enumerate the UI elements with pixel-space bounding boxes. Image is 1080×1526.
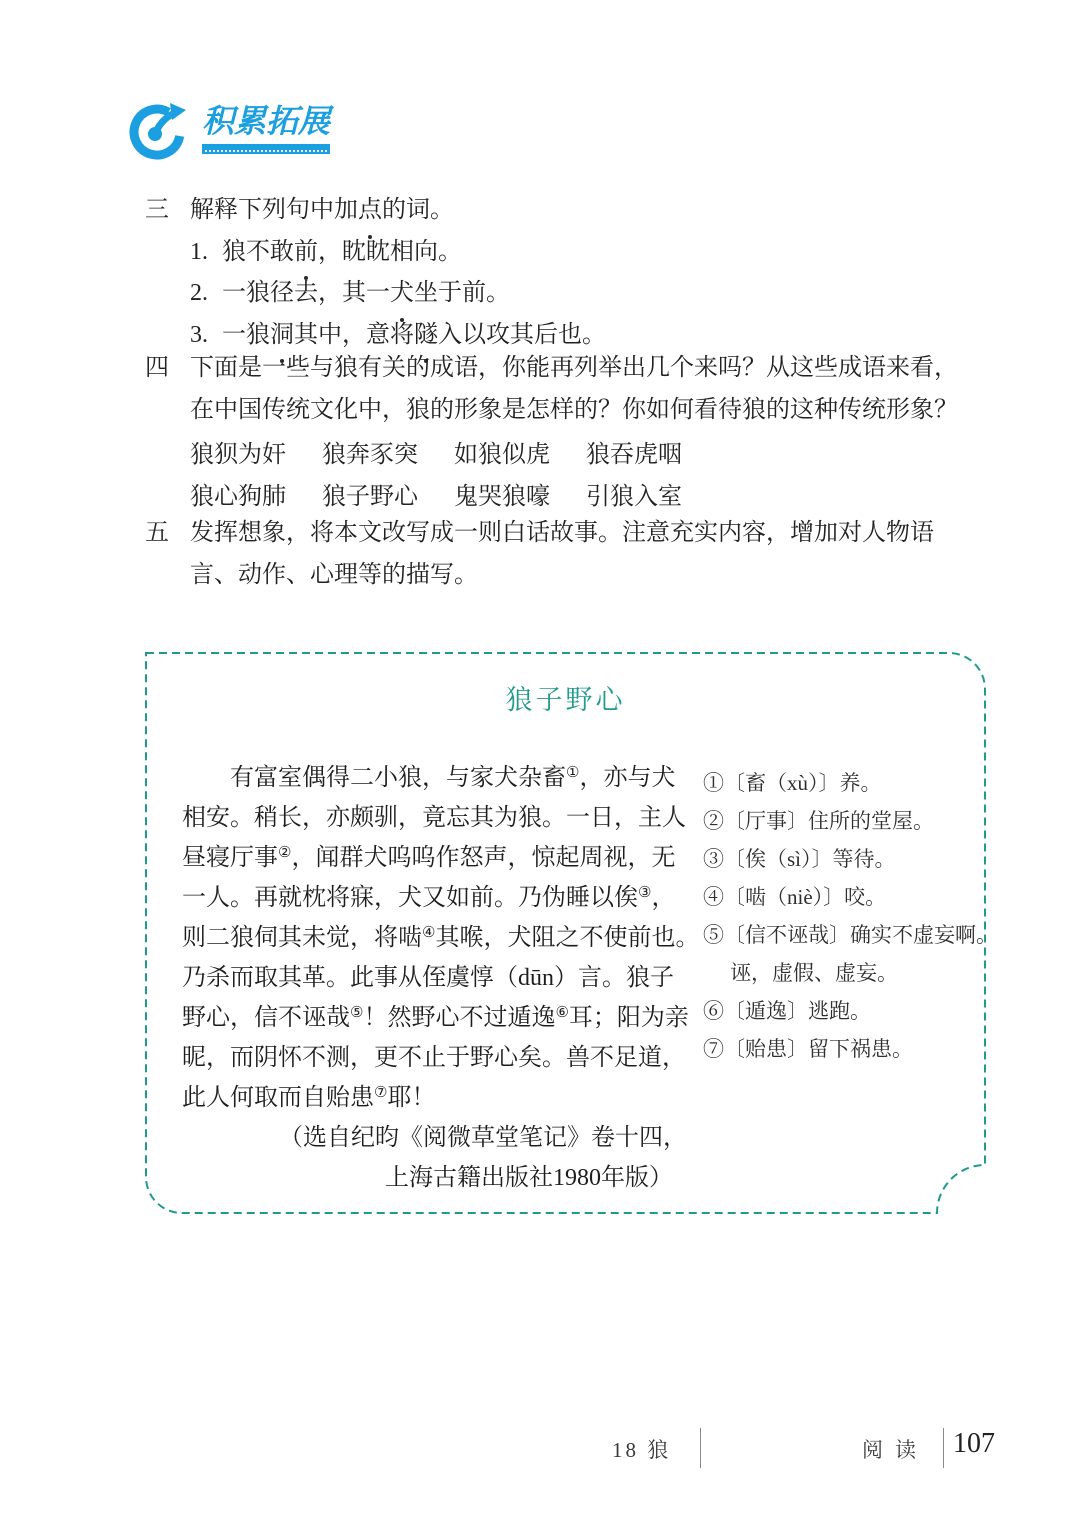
textbook-page: 积累拓展 三 解释下列句中加点的词。 1.狼不敢前，眈眈相向。 2.一狼径去，其… <box>0 0 1080 1526</box>
exercise-five-heading-line1: 发挥想象，将本文改写成一则白话故事。注意充实内容，增加对人物语 <box>190 513 975 555</box>
passage-line: 野心，信不诬哉⑤！然野心不过遁逸⑥耳；阳为亲 <box>182 998 687 1038</box>
exercise-three: 三 解释下列句中加点的词。 1.狼不敢前，眈眈相向。 2.一狼径去，其一犬坐于前… <box>145 190 975 356</box>
annotation-line: ⑤〔信不诬哉〕确实不虚妄啊。 <box>703 916 988 954</box>
passage-line: 昼寝厅事②，闻群犬呜呜作怒声，惊起周视，无 <box>182 838 687 878</box>
idiom-grid: 狼狈为奸 狼奔豕突 如狼似虎 狼吞虎咽 狼心狗肺 狼子野心 鬼哭狼嚎 引狼入室 <box>190 435 975 518</box>
wolf-passage-box: 狼子野心 有富室偶得二小狼，与家犬杂畜①，亦与犬相安。稍长，亦颇驯，竟忘其为狼。… <box>145 652 986 1214</box>
idiom-item: 狼心狗肺 <box>190 477 322 519</box>
idiom-item: 鬼哭狼嚎 <box>454 477 586 519</box>
idiom-item: 狼子野心 <box>322 477 454 519</box>
footer-section-label: 阅读 <box>862 1434 928 1464</box>
attribution-line: （选自纪昀《阅微草堂笔记》卷十四， <box>182 1118 687 1158</box>
annotation-line: ⑥〔遁逸〕逃跑。 <box>703 992 988 1030</box>
passage-line: 则二狼伺其未觉，将啮④其喉，犬阻之不使前也。 <box>182 918 687 958</box>
annotation-line: ⑦〔贻患〕留下祸患。 <box>703 1030 988 1068</box>
footer-divider <box>943 1428 944 1468</box>
passage-attribution: （选自纪昀《阅微草堂笔记》卷十四， 上海古籍出版社1980年版） <box>182 1118 687 1198</box>
exercise-four: 四 下面是一些与狼有关的成语，你能再列举出几个来吗？从这些成语来看， 在中国传统… <box>145 348 975 518</box>
footer-divider <box>700 1428 701 1468</box>
exercise-three-label: 三 <box>145 190 190 356</box>
annotation-line: ①〔畜（xù）〕养。 <box>703 764 988 802</box>
passage-line: 昵，而阴怀不测，更不止于野心矣。兽不足道， <box>182 1038 687 1078</box>
passage-line: 一人。再就枕将寐，犬又如前。乃伪睡以俟③， <box>182 878 687 918</box>
exercise-four-heading-line2: 在中国传统文化中，狼的形象是怎样的？你如何看待狼的这种传统形象？ <box>190 390 975 432</box>
item-number: 1. <box>190 232 222 274</box>
annotation-line: 诬，虚假、虚妄。 <box>703 954 988 992</box>
footer-lesson-label: 18 狼 <box>612 1434 671 1464</box>
section-header: 积累拓展 <box>128 100 330 162</box>
item-number: 2. <box>190 273 222 315</box>
item-text: 狼不敢前，眈眈相向。 <box>222 239 462 265</box>
passage-title: 狼子野心 <box>145 678 986 717</box>
idiom-item: 引狼入室 <box>586 477 975 519</box>
idiom-item: 狼吞虎咽 <box>586 435 975 477</box>
passage-line: 相安。稍长，亦颇驯，竟忘其为狼。一日，主人 <box>182 798 687 838</box>
passage-annotations: ①〔畜（xù）〕养。 ②〔厅事〕住所的堂屋。 ③〔俟（sì）〕等待。 ④〔啮（n… <box>703 764 988 1068</box>
exercise-three-item-2: 2.一狼径去，其一犬坐于前。 <box>190 273 975 315</box>
exercise-five-heading-line2: 言、动作、心理等的描写。 <box>190 555 975 597</box>
section-title: 积累拓展 <box>202 100 330 142</box>
title-underline-bar <box>202 144 330 154</box>
exercise-five: 五 发挥想象，将本文改写成一则白话故事。注意充实内容，增加对人物语 言、动作、心… <box>145 513 975 596</box>
annotation-line: ②〔厅事〕住所的堂屋。 <box>703 802 988 840</box>
passage-text: 有富室偶得二小狼，与家犬杂畜①，亦与犬相安。稍长，亦颇驯，竟忘其为狼。一日，主人… <box>182 758 687 1118</box>
passage-line: 乃杀而取其革。此事从侄虞惇（dūn）言。狼子 <box>182 958 687 998</box>
item-text: 一狼径去，其一犬坐于前。 <box>222 280 510 306</box>
exercise-three-item-1: 1.狼不敢前，眈眈相向。 <box>190 232 975 274</box>
exercise-four-heading-line1: 下面是一些与狼有关的成语，你能再列举出几个来吗？从这些成语来看， <box>190 348 975 390</box>
idiom-item: 狼狈为奸 <box>190 435 322 477</box>
item-text: 一狼洞其中，意将隧入以攻其后也。 <box>222 322 606 348</box>
exercise-five-label: 五 <box>145 513 190 596</box>
exercise-three-heading: 解释下列句中加点的词。 <box>190 190 975 232</box>
exercise-four-label: 四 <box>145 348 190 518</box>
annotation-line: ③〔俟（sì）〕等待。 <box>703 840 988 878</box>
idiom-item: 狼奔豕突 <box>322 435 454 477</box>
passage-line: 此人何取而自贻患⑦耶！ <box>182 1078 687 1118</box>
passage-line: 有富室偶得二小狼，与家犬杂畜①，亦与犬 <box>182 758 687 798</box>
idiom-item: 如狼似虎 <box>454 435 586 477</box>
accumulate-expand-icon <box>128 100 188 162</box>
footer-page-number: 107 <box>953 1428 995 1460</box>
annotation-line: ④〔啮（niè）〕咬。 <box>703 878 988 916</box>
page-footer: 18 狼 阅读 107 <box>0 1428 1080 1478</box>
attribution-line: 上海古籍出版社1980年版） <box>182 1158 687 1198</box>
